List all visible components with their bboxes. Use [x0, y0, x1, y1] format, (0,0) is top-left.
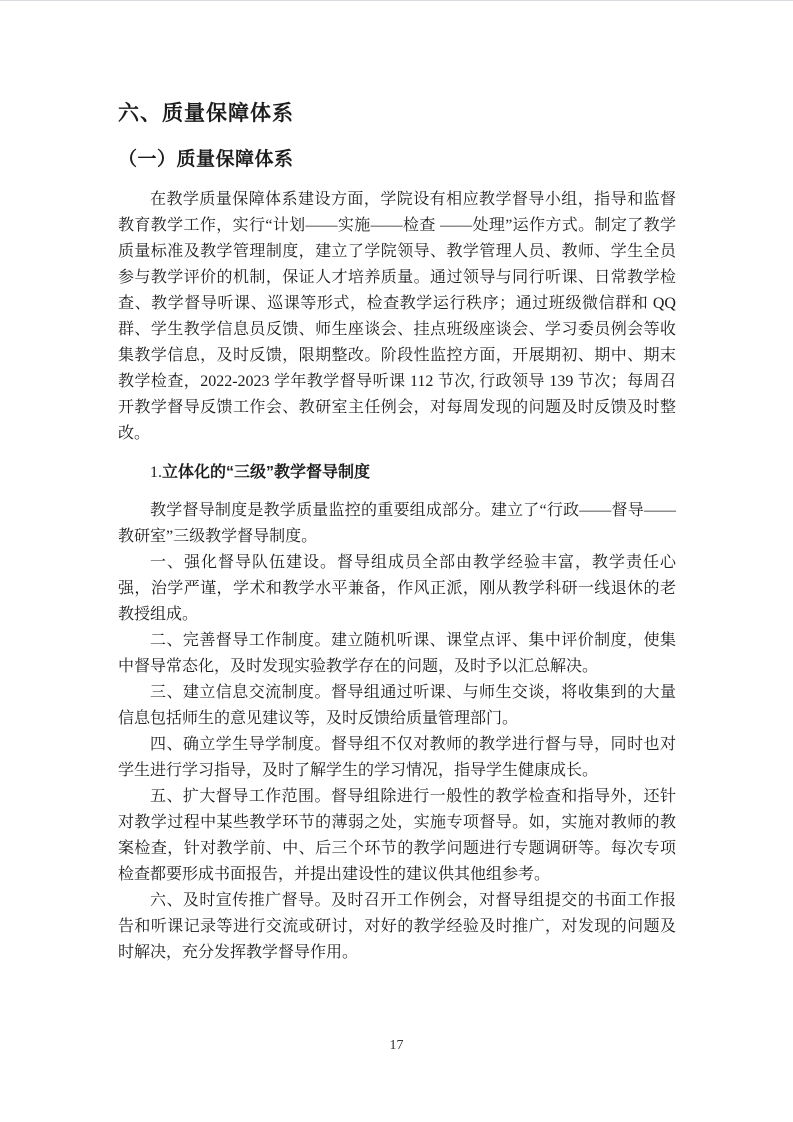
numbered-subheading: 1.立体化的“三级”教学督导制度: [118, 460, 676, 486]
document-content: 六、质量保障体系 （一）质量保障体系 在教学质量保障体系建设方面，学院设有相应教…: [0, 1, 793, 966]
subheading-title: 立体化的“三级”教学督导制度: [162, 464, 370, 481]
item-paragraph-1: 一、强化督导队伍建设。督导组成员全部由教学经验丰富，教学责任心强，治学严谨，学术…: [118, 550, 676, 628]
section-heading: （一）质量保障体系: [118, 148, 676, 172]
subheading-number: 1.: [150, 464, 162, 481]
item-paragraph-6: 六、及时宣传推广督导。及时召开工作例会，对督导组提交的书面工作报告和听课记录等进…: [118, 888, 676, 966]
item-paragraph-3: 三、建立信息交流制度。督导组通过听课、与师生交谈，将收集到的大量信息包括师生的意…: [118, 680, 676, 732]
item-paragraph-5: 五、扩大督导工作范围。督导组除进行一般性的教学检查和指导外，还针对教学过程中某些…: [118, 784, 676, 888]
item-paragraph-2: 二、完善督导工作制度。建立随机听课、课堂点评、集中评价制度，使集中督导常态化，及…: [118, 628, 676, 680]
overview-paragraph: 教学督导制度是教学质量监控的重要组成部分。建立了“行政——督导——教研室”三级教…: [118, 498, 676, 550]
document-page: 六、质量保障体系 （一）质量保障体系 在教学质量保障体系建设方面，学院设有相应教…: [0, 0, 793, 1122]
item-paragraph-4: 四、确立学生导学制度。督导组不仅对教师的教学进行督与导，同时也对学生进行学习指导…: [118, 732, 676, 784]
chapter-heading: 六、质量保障体系: [118, 101, 676, 127]
page-number: 17: [0, 1038, 793, 1054]
intro-paragraph: 在教学质量保障体系建设方面，学院设有相应教学督导小组，指导和监督教育教学工作，实…: [118, 187, 676, 447]
